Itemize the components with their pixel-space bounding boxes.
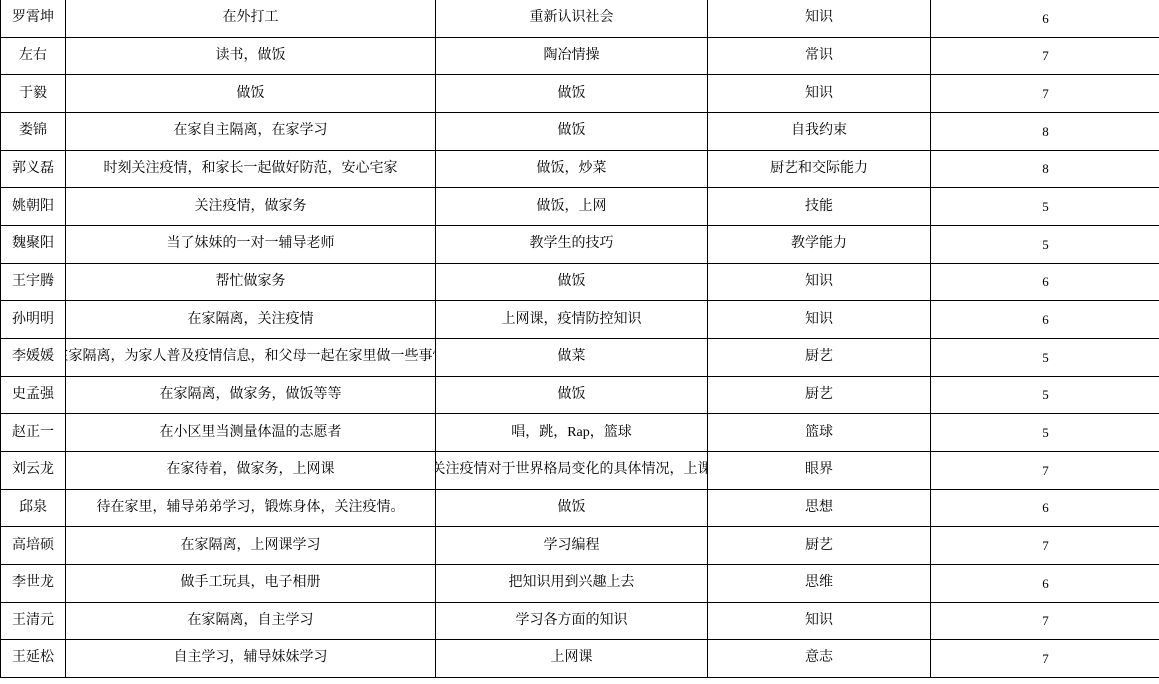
activity-cell[interactable]: 在外打工 — [66, 0, 436, 38]
student-table: 罗霄坤在外打工重新认识社会知识6左右读书，做饭陶冶情操常识7于毅做饭做饭知识7娄… — [0, 0, 1159, 678]
name-cell[interactable]: 姚朝阳 — [1, 188, 66, 226]
score-cell[interactable]: 7 — [931, 640, 1159, 678]
category-cell[interactable]: 厨艺 — [708, 339, 931, 377]
table-row: 李世龙做手工玩具，电子相册把知识用到兴趣上去思维6 — [1, 565, 1159, 603]
name-cell[interactable]: 娄锦 — [1, 113, 66, 151]
category-cell[interactable]: 篮球 — [708, 414, 931, 452]
table-row: 于毅做饭做饭知识7 — [1, 75, 1159, 113]
category-cell[interactable]: 知识 — [708, 0, 931, 38]
score-cell[interactable]: 7 — [931, 38, 1159, 76]
score-cell[interactable]: 5 — [931, 377, 1159, 415]
activity-cell[interactable]: 在家隔离，自主学习 — [66, 603, 436, 641]
gain-cell[interactable]: 重新认识社会 — [436, 0, 708, 38]
gain-cell[interactable]: 唱，跳，Rap，篮球 — [436, 414, 708, 452]
gain-cell[interactable]: 学习各方面的知识 — [436, 603, 708, 641]
category-cell[interactable]: 意志 — [708, 640, 931, 678]
category-cell[interactable]: 技能 — [708, 188, 931, 226]
score-cell[interactable]: 6 — [931, 565, 1159, 603]
gain-cell[interactable]: 陶冶情操 — [436, 38, 708, 76]
activity-cell[interactable]: 待在家里，辅导弟弟学习，锻炼身体，关注疫情。 — [66, 490, 436, 528]
category-cell[interactable]: 思维 — [708, 565, 931, 603]
activity-cell[interactable]: 时刻关注疫情，和家长一起做好防范，安心宅家 — [66, 151, 436, 189]
category-cell[interactable]: 知识 — [708, 301, 931, 339]
category-cell[interactable]: 厨艺 — [708, 527, 931, 565]
name-cell[interactable]: 高培硕 — [1, 527, 66, 565]
category-cell[interactable]: 知识 — [708, 75, 931, 113]
table-row: 罗霄坤在外打工重新认识社会知识6 — [1, 0, 1159, 38]
category-cell[interactable]: 知识 — [708, 264, 931, 302]
category-cell[interactable]: 厨艺 — [708, 377, 931, 415]
activity-cell[interactable]: 自主学习，辅导妹妹学习 — [66, 640, 436, 678]
table-row: 郭义磊时刻关注疫情，和家长一起做好防范，安心宅家做饭，炒菜厨艺和交际能力8 — [1, 151, 1159, 189]
table-row: 邱泉待在家里，辅导弟弟学习，锻炼身体，关注疫情。做饭思想6 — [1, 490, 1159, 528]
name-cell[interactable]: 史孟强 — [1, 377, 66, 415]
gain-cell[interactable]: 上网课，疫情防控知识 — [436, 301, 708, 339]
score-cell[interactable]: 6 — [931, 264, 1159, 302]
name-cell[interactable]: 刘云龙 — [1, 452, 66, 490]
activity-cell[interactable]: 关注疫情，做家务 — [66, 188, 436, 226]
table-row: 左右读书，做饭陶冶情操常识7 — [1, 38, 1159, 76]
name-cell[interactable]: 邱泉 — [1, 490, 66, 528]
score-cell[interactable]: 7 — [931, 527, 1159, 565]
activity-cell[interactable]: 当了妹妹的一对一辅导老师 — [66, 226, 436, 264]
score-cell[interactable]: 6 — [931, 301, 1159, 339]
table-row: 王延松自主学习，辅导妹妹学习上网课意志7 — [1, 640, 1159, 678]
table-row: 王宇腾帮忙做家务做饭知识6 — [1, 264, 1159, 302]
category-cell[interactable]: 眼界 — [708, 452, 931, 490]
score-cell[interactable]: 7 — [931, 452, 1159, 490]
category-cell[interactable]: 厨艺和交际能力 — [708, 151, 931, 189]
gain-cell[interactable]: 做饭 — [436, 264, 708, 302]
name-cell[interactable]: 王宇腾 — [1, 264, 66, 302]
category-cell[interactable]: 自我约束 — [708, 113, 931, 151]
name-cell[interactable]: 李世龙 — [1, 565, 66, 603]
table-row: 李媛媛在家隔离，为家人普及疫情信息，和父母一起在家里做一些事情做菜厨艺5 — [1, 339, 1159, 377]
score-cell[interactable]: 7 — [931, 603, 1159, 641]
category-cell[interactable]: 知识 — [708, 603, 931, 641]
table-row: 娄锦在家自主隔离，在家学习做饭自我约束8 — [1, 113, 1159, 151]
activity-cell[interactable]: 在家待着，做家务，上网课 — [66, 452, 436, 490]
gain-cell[interactable]: 做饭 — [436, 377, 708, 415]
name-cell[interactable]: 罗霄坤 — [1, 0, 66, 38]
name-cell[interactable]: 孙明明 — [1, 301, 66, 339]
activity-cell[interactable]: 在家隔离，为家人普及疫情信息，和父母一起在家里做一些事情 — [66, 339, 436, 377]
activity-cell[interactable]: 帮忙做家务 — [66, 264, 436, 302]
table-row: 姚朝阳关注疫情，做家务做饭，上网技能5 — [1, 188, 1159, 226]
category-cell[interactable]: 思想 — [708, 490, 931, 528]
gain-cell[interactable]: 做饭，炒菜 — [436, 151, 708, 189]
activity-cell[interactable]: 做饭 — [66, 75, 436, 113]
score-cell[interactable]: 5 — [931, 339, 1159, 377]
gain-cell[interactable]: 做饭，上网 — [436, 188, 708, 226]
score-cell[interactable]: 5 — [931, 226, 1159, 264]
gain-cell[interactable]: 做饭 — [436, 113, 708, 151]
name-cell[interactable]: 王延松 — [1, 640, 66, 678]
name-cell[interactable]: 于毅 — [1, 75, 66, 113]
category-cell[interactable]: 教学能力 — [708, 226, 931, 264]
gain-cell[interactable]: 教学生的技巧 — [436, 226, 708, 264]
table-row: 高培硕在家隔离，上网课学习学习编程厨艺7 — [1, 527, 1159, 565]
score-cell[interactable]: 6 — [931, 490, 1159, 528]
table-row: 王清元在家隔离，自主学习学习各方面的知识知识7 — [1, 603, 1159, 641]
activity-cell[interactable]: 做手工玩具，电子相册 — [66, 565, 436, 603]
table-row: 赵正一在小区里当测量体温的志愿者唱，跳，Rap，篮球篮球5 — [1, 414, 1159, 452]
gain-cell[interactable]: 关注疫情对于世界格局变化的具体情况，上课 — [436, 452, 708, 490]
category-cell[interactable]: 常识 — [708, 38, 931, 76]
name-cell[interactable]: 魏聚阳 — [1, 226, 66, 264]
name-cell[interactable]: 王清元 — [1, 603, 66, 641]
activity-cell[interactable]: 在家隔离，关注疫情 — [66, 301, 436, 339]
activity-cell[interactable]: 在家自主隔离，在家学习 — [66, 113, 436, 151]
gain-cell[interactable]: 做饭 — [436, 490, 708, 528]
table-row: 刘云龙在家待着，做家务，上网课关注疫情对于世界格局变化的具体情况，上课眼界7 — [1, 452, 1159, 490]
table-row: 孙明明在家隔离，关注疫情上网课，疫情防控知识知识6 — [1, 301, 1159, 339]
gain-cell[interactable]: 做饭 — [436, 75, 708, 113]
table-row: 史孟强在家隔离，做家务，做饭等等做饭厨艺5 — [1, 377, 1159, 415]
score-cell[interactable]: 6 — [931, 0, 1159, 38]
name-cell[interactable]: 左右 — [1, 38, 66, 76]
gain-cell[interactable]: 学习编程 — [436, 527, 708, 565]
activity-cell[interactable]: 读书，做饭 — [66, 38, 436, 76]
gain-cell[interactable]: 把知识用到兴趣上去 — [436, 565, 708, 603]
activity-cell[interactable]: 在家隔离，做家务，做饭等等 — [66, 377, 436, 415]
score-cell[interactable]: 8 — [931, 151, 1159, 189]
name-cell[interactable]: 赵正一 — [1, 414, 66, 452]
gain-cell[interactable]: 做菜 — [436, 339, 708, 377]
score-cell[interactable]: 8 — [931, 113, 1159, 151]
score-cell[interactable]: 5 — [931, 188, 1159, 226]
table-row: 魏聚阳当了妹妹的一对一辅导老师教学生的技巧教学能力5 — [1, 226, 1159, 264]
activity-cell[interactable]: 在家隔离，上网课学习 — [66, 527, 436, 565]
name-cell[interactable]: 郭义磊 — [1, 151, 66, 189]
gain-cell[interactable]: 上网课 — [436, 640, 708, 678]
name-cell[interactable]: 李媛媛 — [1, 339, 66, 377]
score-cell[interactable]: 7 — [931, 75, 1159, 113]
score-cell[interactable]: 5 — [931, 414, 1159, 452]
activity-cell[interactable]: 在小区里当测量体温的志愿者 — [66, 414, 436, 452]
